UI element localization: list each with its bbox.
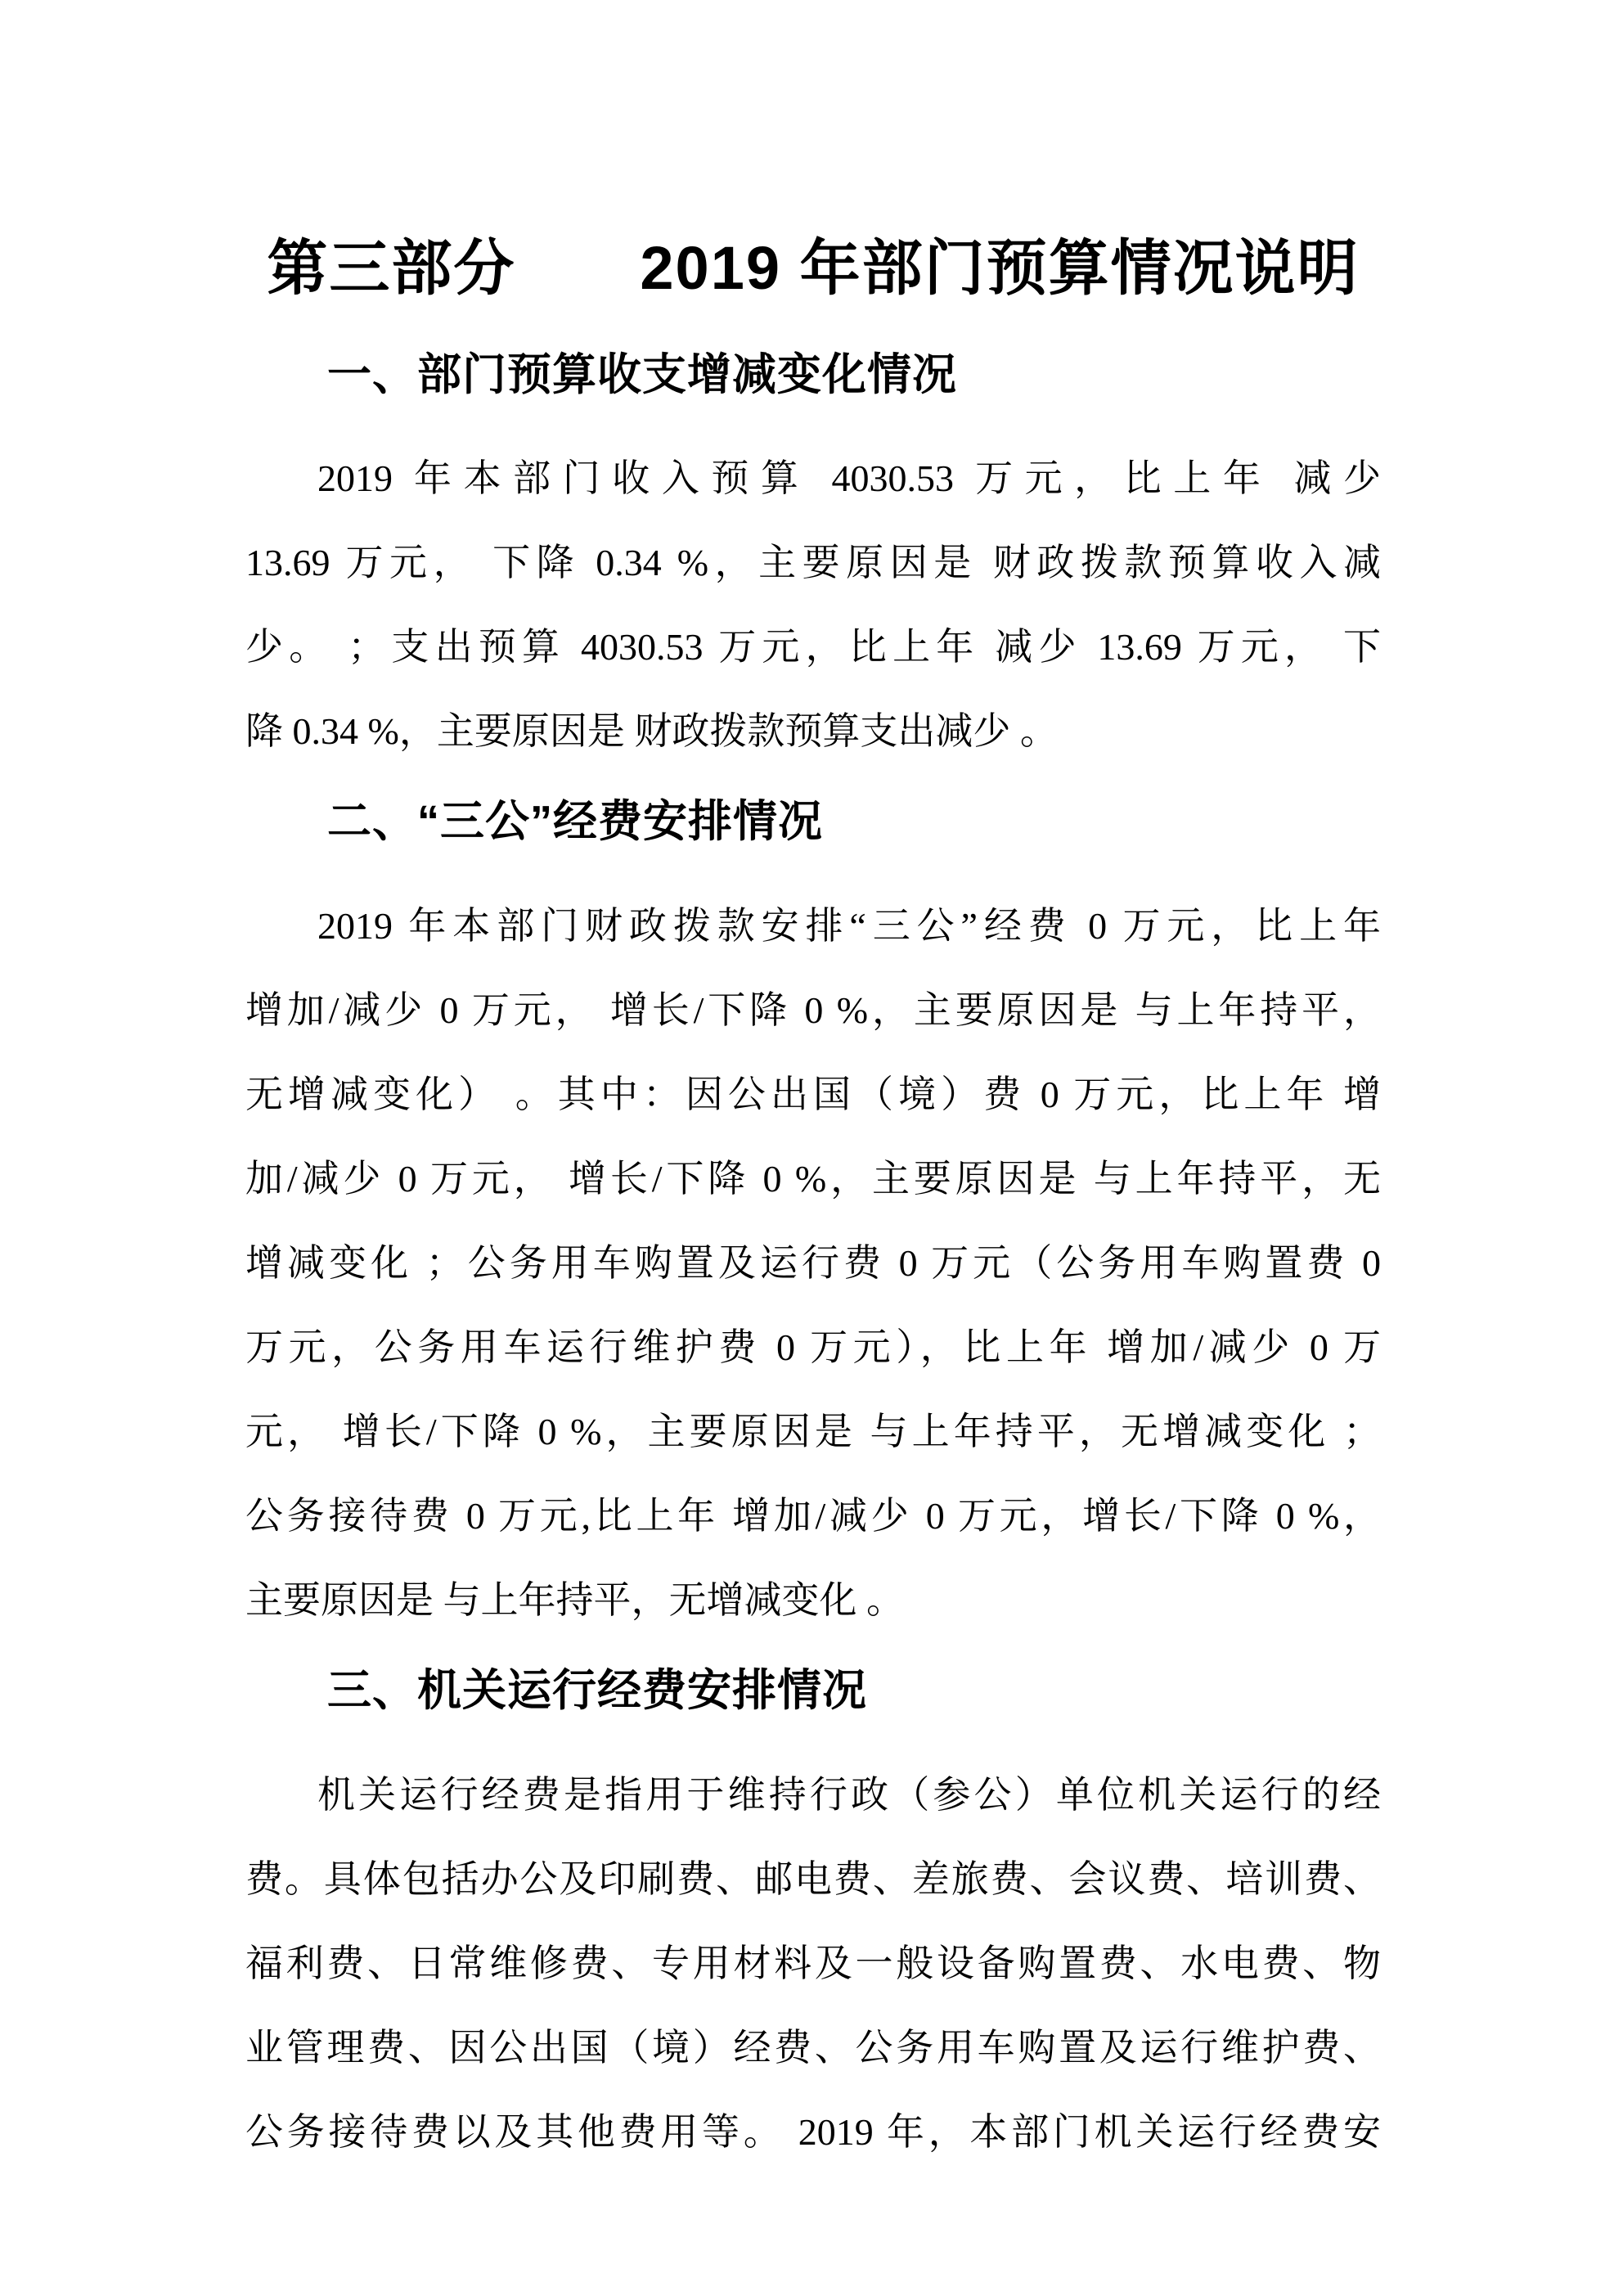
text-line: 元， 增长/下降 0 %，主要原因是 与上年持平，无增减变化 ； bbox=[245, 1389, 1381, 1474]
text-line: 公务接待费以及其他费用等。 2019 年，本部门机关运行经费安 bbox=[245, 2090, 1381, 2174]
text-line: 2019 年本部门收入预算 4030.53 万元，比上年 减少 bbox=[245, 436, 1381, 520]
section-heading-1: 一、部门预算收支增减变化情况 bbox=[245, 349, 1381, 400]
text-line: 降 0.34 %，主要原因是 财政拨款预算支出减少 。 bbox=[245, 689, 1381, 773]
text-line: 增减变化 ；公务用车购置及运行费 0 万元（公务用车购置费 0 bbox=[245, 1221, 1381, 1305]
paragraph-1: 2019 年本部门收入预算 4030.53 万元，比上年 减少 13.69 万元… bbox=[245, 436, 1381, 773]
text-line: 万元，公务用车运行维护费 0 万元），比上年 增加/减少 0 万 bbox=[245, 1305, 1381, 1389]
text-line: 2019 年本部门财政拨款安排“三公”经费 0 万元，比上年 bbox=[245, 884, 1381, 968]
text-line: 公务接待费 0 万元,比上年 增加/减少 0 万元，增长/下降 0 %， bbox=[245, 1474, 1381, 1558]
text-line: 业管理费、因公出国（境）经费、公务用车购置及运行维护费、 bbox=[245, 2006, 1381, 2090]
page-title: 第三部分 2019 年部门预算情况说明 bbox=[245, 0, 1381, 307]
paragraph-2: 2019 年本部门财政拨款安排“三公”经费 0 万元，比上年 增加/减少 0 万… bbox=[245, 884, 1381, 1642]
section-heading-3: 三、机关运行经费安排情况 bbox=[245, 1665, 1381, 1716]
text-line: 少。 ；支出预算 4030.53 万元，比上年 减少 13.69 万元， 下 bbox=[245, 605, 1381, 689]
text-line: 机关运行经费是指用于维持行政（参公）单位机关运行的经 bbox=[245, 1753, 1381, 1837]
section-heading-2: 二、“三公”经费安排情况 bbox=[245, 796, 1381, 847]
document-page: 第三部分 2019 年部门预算情况说明 一、部门预算收支增减变化情况 2019 … bbox=[0, 0, 1623, 2296]
text-line: 13.69 万元， 下降 0.34 %，主要原因是 财政拨款预算收入减 bbox=[245, 520, 1381, 605]
text-line: 加/减少 0 万元， 增长/下降 0 %，主要原因是 与上年持平，无 bbox=[245, 1137, 1381, 1221]
text-line: 主要原因是 与上年持平，无增减变化 。 bbox=[245, 1558, 1381, 1642]
text-line: 费。具体包括办公及印刷费、邮电费、差旅费、会议费、培训费、 bbox=[245, 1837, 1381, 1921]
text-line: 福利费、日常维修费、专用材料及一般设备购置费、水电费、物 bbox=[245, 1921, 1381, 2006]
text-line: 增加/减少 0 万元， 增长/下降 0 %，主要原因是 与上年持平， bbox=[245, 968, 1381, 1052]
paragraph-3: 机关运行经费是指用于维持行政（参公）单位机关运行的经 费。具体包括办公及印刷费、… bbox=[245, 1753, 1381, 2174]
text-line: 无增减变化） 。其中：因公出国（境）费 0 万元，比上年 增 bbox=[245, 1052, 1381, 1137]
